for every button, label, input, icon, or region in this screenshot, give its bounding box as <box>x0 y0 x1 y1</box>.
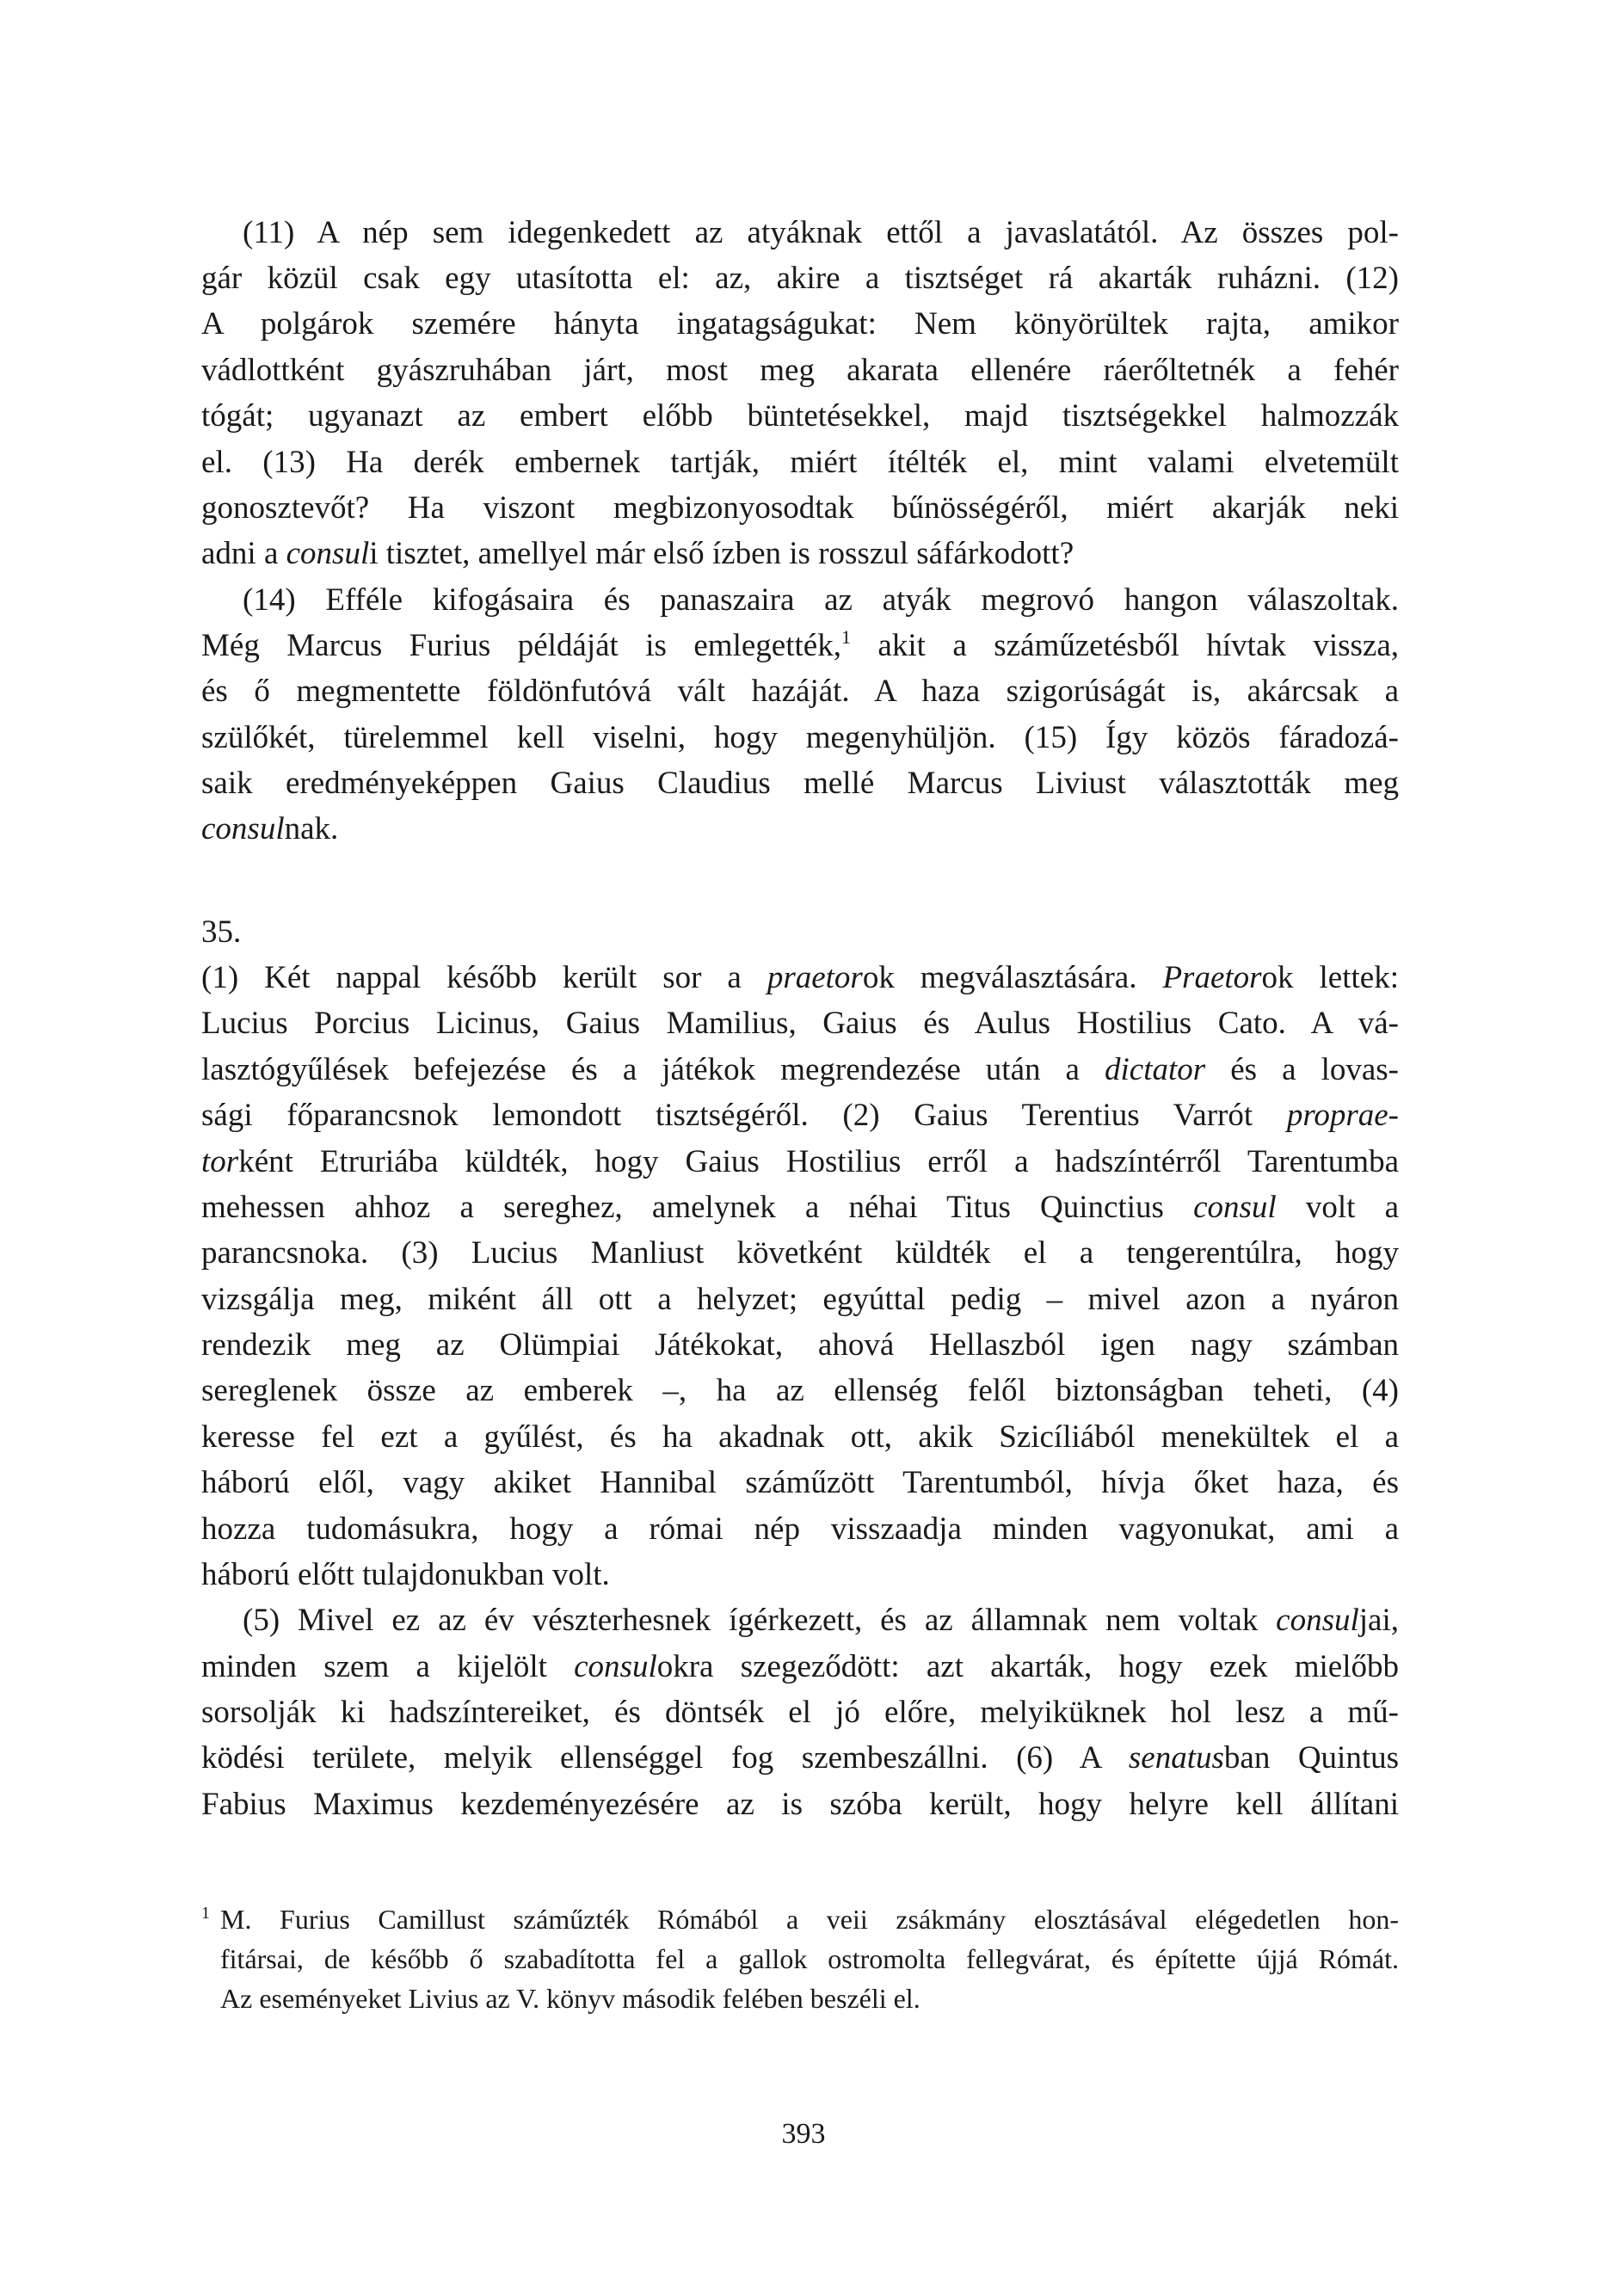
text-run: háború előtt tulajdonukban volt. <box>201 1557 610 1592</box>
italic-term: consul <box>1193 1190 1277 1225</box>
text-run: ok lettek: <box>1262 960 1399 995</box>
body-line: saik eredményeképpen Gaius Claudius mell… <box>201 760 1399 807</box>
body-line: sereglenek össze az emberek –, ha az ell… <box>201 1368 1399 1414</box>
text-run: Lucius Porcius Licinus, Gaius Mamilius, … <box>201 1006 1399 1041</box>
body-line: Lucius Porcius Licinus, Gaius Mamilius, … <box>201 1000 1399 1047</box>
footnote-reference[interactable]: 1 <box>841 626 851 648</box>
body-line: lasztógyűlések befejezése és a játékok m… <box>201 1047 1399 1093</box>
body-line: vizsgálja meg, miként áll ott a helyzet;… <box>201 1277 1399 1323</box>
body-line: hozza tudomásukra, hogy a római nép viss… <box>201 1506 1399 1553</box>
text-run: (11) A nép sem idegenkedett az atyáknak … <box>243 215 1399 250</box>
body-line: A polgárok szemére hányta ingatagságukat… <box>201 301 1399 348</box>
body-line: sorsolják ki hadszíntereiket, és döntsék… <box>201 1690 1399 1736</box>
body-line: tógát; ugyanazt az embert előbb büntetés… <box>201 393 1399 440</box>
text-run: hozza tudomásukra, hogy a római nép viss… <box>201 1511 1399 1547</box>
text-run: tógát; ugyanazt az embert előbb büntetés… <box>201 398 1399 434</box>
italic-term: praetor <box>767 960 863 995</box>
body-line: Még Marcus Furius példáját is emlegették… <box>201 623 1399 669</box>
text-run: okra szegeződött: azt akarták, hogy ezek… <box>657 1649 1399 1684</box>
text-run: rendezik meg az Olümpiai Játékokat, ahov… <box>201 1327 1399 1363</box>
text-run: mehessen ahhoz a sereghez, amelynek a né… <box>201 1190 1193 1225</box>
text-run: ok megválasztására. <box>863 960 1163 995</box>
footnote-marker: 1 <box>201 1905 210 1922</box>
section-heading: 35. <box>201 909 241 956</box>
text-run: ködési területe, melyik ellenséggel fog … <box>201 1740 1129 1776</box>
body-line: és ő megmentette földönfutóvá vált hazáj… <box>201 668 1399 715</box>
text-run: parancsnoka. (3) Lucius Manliust követké… <box>201 1235 1399 1271</box>
footnote-line: Az eseményeket Livius az V. könyv másodi… <box>220 1979 1399 2018</box>
italic-term: consul <box>286 536 370 571</box>
text-run: (5) Mivel ez az év vészterhesnek ígérkez… <box>243 1603 1276 1638</box>
text-run: keresse fel ezt a gyűlést, és ha akadnak… <box>201 1419 1399 1455</box>
text-run: vádlottként gyászruhában járt, most meg … <box>201 353 1399 388</box>
body-line: parancsnoka. (3) Lucius Manliust követké… <box>201 1230 1399 1277</box>
body-line: rendezik meg az Olümpiai Játékokat, ahov… <box>201 1322 1399 1369</box>
text-run: szülőkét, türelemmel kell viselni, hogy … <box>201 720 1399 755</box>
body-line: minden szem a kijelölt consulokra szegez… <box>201 1644 1399 1690</box>
body-line: vádlottként gyászruhában járt, most meg … <box>201 348 1399 394</box>
body-line: el. (13) Ha derék embernek tartják, miér… <box>201 440 1399 486</box>
italic-term: senatus <box>1129 1740 1224 1776</box>
text-run: volt a <box>1277 1190 1399 1225</box>
text-run: és ő megmentette földönfutóvá vált hazáj… <box>201 674 1399 709</box>
text-run: i tisztet, amellyel már első ízben is ro… <box>369 536 1074 571</box>
italic-term: consul <box>201 811 285 846</box>
text-run: nak. <box>285 811 339 846</box>
body-line: ködési területe, melyik ellenséggel fog … <box>201 1735 1399 1782</box>
text-run: lasztógyűlések befejezése és a játékok m… <box>201 1052 1105 1087</box>
text-run: Még Marcus Furius példáját is emlegették… <box>201 628 841 663</box>
body-line: szülőkét, türelemmel kell viselni, hogy … <box>201 715 1399 761</box>
body-line: (14) Efféle kifogásaira és panaszaira az… <box>201 577 1399 624</box>
body-line: consulnak. <box>201 806 1399 853</box>
text-run: ban Quintus <box>1224 1740 1399 1776</box>
body-line: háború előtt tulajdonukban volt. <box>201 1552 1399 1598</box>
body-line: adni a consuli tisztet, amellyel már els… <box>201 531 1399 577</box>
text-run: el. (13) Ha derék embernek tartják, miér… <box>201 445 1399 480</box>
text-run: sorsolják ki hadszíntereiket, és döntsék… <box>201 1695 1399 1730</box>
body-line: (1) Két nappal később került sor a praet… <box>201 955 1399 1001</box>
text-run: sági főparancsnok lemondott tisztségéről… <box>201 1098 1287 1133</box>
italic-term: tor <box>201 1144 238 1179</box>
text-run: gár közül csak egy utasította el: az, ak… <box>201 261 1399 296</box>
body-line: háború elől, vagy akiket Hannibal száműz… <box>201 1460 1399 1506</box>
body-line: torként Etruriába küldték, hogy Gaius Ho… <box>201 1139 1399 1185</box>
text-run: (1) Két nappal később került sor a <box>201 960 767 995</box>
footnote-line: fitársai, de később ő szabadította fel a… <box>220 1939 1399 1979</box>
text-run: minden szem a kijelölt <box>201 1649 574 1684</box>
body-line: gonosztevőt? Ha viszont megbizonyosodtak… <box>201 485 1399 532</box>
text-run: akit a száműzetésből hívtak vissza, <box>851 628 1399 663</box>
body-line: keresse fel ezt a gyűlést, és ha akadnak… <box>201 1414 1399 1461</box>
body-line: Fabius Maximus kezdeményezésére az is sz… <box>201 1782 1399 1828</box>
body-line: mehessen ahhoz a sereghez, amelynek a né… <box>201 1185 1399 1231</box>
text-run: adni a <box>201 536 286 571</box>
italic-term: consul <box>574 1649 657 1684</box>
body-line: sági főparancsnok lemondott tisztségéről… <box>201 1093 1399 1139</box>
text-run: saik eredményeképpen Gaius Claudius mell… <box>201 766 1399 801</box>
text-run: A polgárok szemére hányta ingatagságukat… <box>201 306 1399 342</box>
body-line: (11) A nép sem idegenkedett az atyáknak … <box>201 210 1399 256</box>
text-run: (14) Efféle kifogásaira és panaszaira az… <box>243 582 1399 618</box>
text-run: jai, <box>1359 1603 1399 1638</box>
body-line: gár közül csak egy utasította el: az, ak… <box>201 255 1399 302</box>
document-page: 35. (11) A nép sem idegenkedett az atyák… <box>0 0 1607 2296</box>
text-run: háború elől, vagy akiket Hannibal száműz… <box>201 1465 1399 1500</box>
italic-term: consul <box>1276 1603 1359 1638</box>
text-run: gonosztevőt? Ha viszont megbizonyosodtak… <box>201 490 1399 526</box>
body-line: (5) Mivel ez az év vészterhesnek ígérkez… <box>201 1597 1399 1644</box>
text-run: sereglenek össze az emberek –, ha az ell… <box>201 1373 1399 1408</box>
text-run: és a lovas- <box>1205 1052 1399 1087</box>
text-run: ként Etruriába küldték, hogy Gaius Hosti… <box>238 1144 1399 1179</box>
page-number: 393 <box>0 2118 1607 2151</box>
italic-term: proprae- <box>1287 1098 1399 1133</box>
text-run: vizsgálja meg, miként áll ott a helyzet;… <box>201 1282 1399 1317</box>
footnote-line: M. Furius Camillust száműzték Rómából a … <box>220 1899 1399 1939</box>
text-run: Fabius Maximus kezdeményezésére az is sz… <box>201 1787 1399 1822</box>
italic-term: Praetor <box>1162 960 1261 995</box>
italic-term: dictator <box>1105 1052 1205 1087</box>
